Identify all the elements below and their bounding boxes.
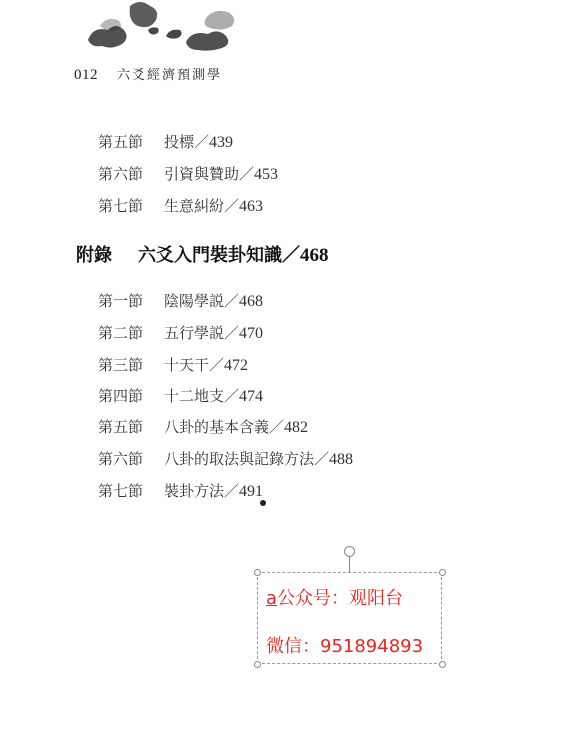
page-number: 012 (74, 67, 98, 83)
toc-entry: 第一節陰陽學説／468 (98, 290, 263, 311)
resize-handle-bottom-right[interactable] (439, 661, 446, 668)
section-title: 十天干 (164, 356, 209, 374)
section-title: 八卦的取法與記錄方法 (164, 450, 314, 468)
book-title: 六爻經濟預測學 (117, 68, 222, 83)
toc-entry: 第四節十二地支／474 (98, 385, 263, 406)
toc-entry: 第七節裝卦方法／491 (98, 480, 263, 501)
toc-entry: 第三節十天干／472 (98, 354, 248, 375)
appendix-title: 六爻入門裝卦知識 (138, 245, 282, 266)
section-title: 生意糾紛 (164, 197, 224, 215)
rotation-stem (349, 557, 350, 572)
page-ref: 439 (209, 134, 233, 151)
resize-handle-bottom-left[interactable] (254, 661, 261, 668)
section-label: 第三節 (98, 354, 164, 375)
toc-entry: 第六節引資與贊助／453 (98, 163, 278, 184)
appendix-label: 附錄 (76, 241, 138, 267)
page-ref: 472 (224, 357, 248, 374)
page-ref: 470 (239, 325, 263, 342)
section-title: 十二地支 (164, 387, 224, 405)
rotate-handle[interactable] (344, 546, 355, 557)
section-title: 引資與贊助 (164, 165, 239, 183)
toc-entry: 第二節五行學説／470 (98, 322, 263, 343)
annotation-line-2[interactable]: 微信：951894893 (266, 632, 423, 658)
page-ref: 482 (284, 419, 308, 436)
toc-entry: 第五節投標／439 (98, 131, 233, 152)
section-label: 第五節 (98, 416, 164, 437)
resize-handle-top-left[interactable] (254, 569, 261, 576)
page-ref: 468 (239, 293, 263, 310)
section-title: 五行學説 (164, 324, 224, 342)
cloud-ornament-icon (78, 0, 248, 58)
resize-handle-top-right[interactable] (439, 569, 446, 576)
page-ref: 491 (239, 483, 263, 500)
annotation-line-1[interactable]: a公众号：观阳台 (266, 584, 403, 610)
page-ref: 468 (300, 245, 329, 266)
section-title: 八卦的基本含義 (164, 418, 269, 436)
page-ref: 453 (254, 166, 278, 183)
section-title: 陰陽學説 (164, 292, 224, 310)
section-title: 投標 (164, 133, 194, 151)
toc-entry: 第七節生意糾紛／463 (98, 195, 263, 216)
section-label: 第六節 (98, 448, 164, 469)
running-head: 012 六爻經濟預測學 (74, 64, 222, 84)
page-ref: 463 (239, 198, 263, 215)
section-label: 第一節 (98, 290, 164, 311)
section-label: 第七節 (98, 195, 164, 216)
page-ref: 474 (239, 388, 263, 405)
section-label: 第五節 (98, 131, 164, 152)
page-ref: 488 (329, 451, 353, 468)
section-label: 第六節 (98, 163, 164, 184)
toc-entry: 第五節八卦的基本含義／482 (98, 416, 308, 437)
bullet-dot (260, 500, 266, 506)
section-label: 第七節 (98, 480, 164, 501)
toc-entry: 第六節八卦的取法與記錄方法／488 (98, 448, 353, 469)
section-label: 第二節 (98, 322, 164, 343)
section-label: 第四節 (98, 385, 164, 406)
appendix-heading: 附錄六爻入門裝卦知識／468 (76, 241, 329, 267)
section-title: 裝卦方法 (164, 482, 224, 500)
